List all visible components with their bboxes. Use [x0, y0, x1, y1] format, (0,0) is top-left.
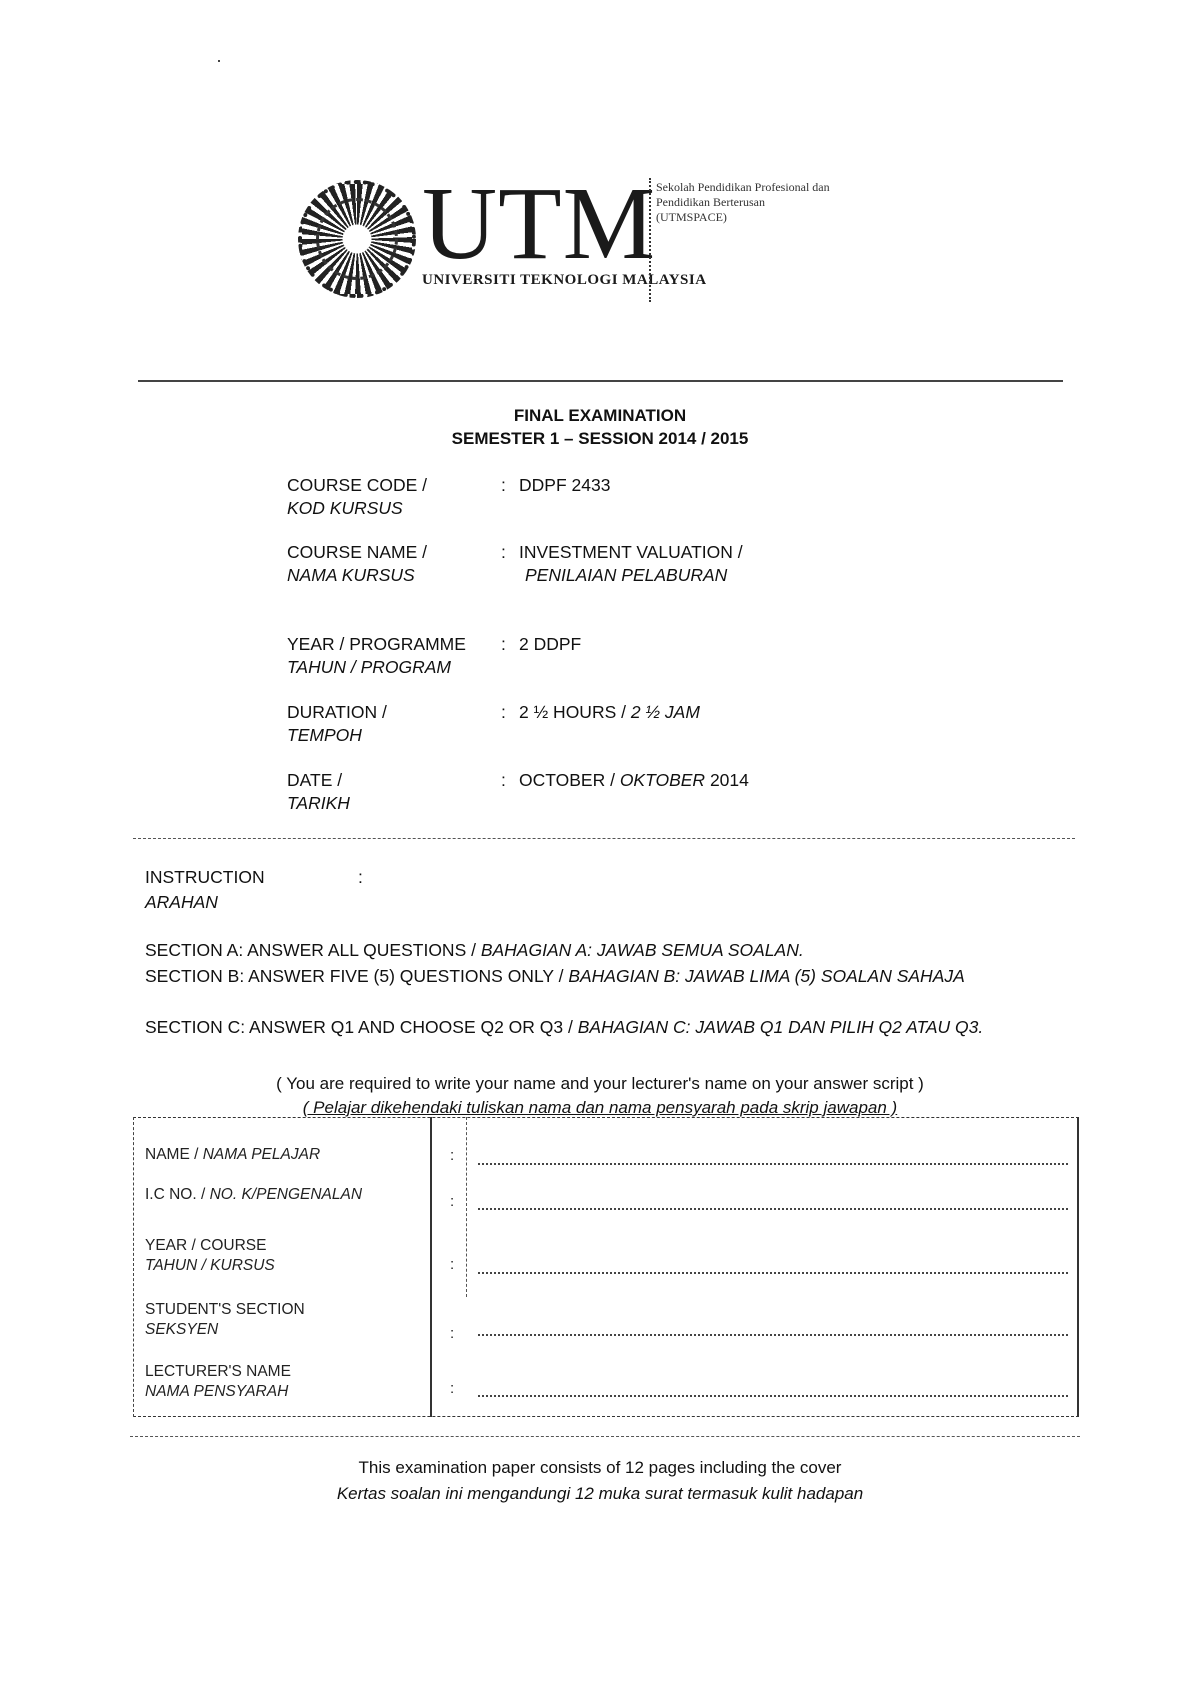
answer-script-note: ( You are required to write your name an… — [0, 1072, 1200, 1096]
section-a-en: SECTION A: ANSWER ALL QUESTIONS / — [145, 940, 481, 960]
name-field-label: NAME / NAMA PELAJAR — [145, 1145, 320, 1165]
date-label-my: TARIKH — [287, 792, 350, 815]
section-divider — [133, 838, 1075, 839]
section-b-my: BAHAGIAN B: JAWAB LIMA (5) SOALAN SAHAJA — [568, 966, 964, 986]
lecturer-label-en: LECTURER'S NAME — [145, 1362, 291, 1382]
school-name-line-3: (UTMSPACE) — [656, 210, 830, 225]
colon: : — [501, 633, 506, 656]
section-input-line[interactable] — [478, 1334, 1068, 1336]
logo-letters: UTM — [422, 172, 656, 276]
form-inner-divider — [466, 1117, 467, 1297]
course-name-value: INVESTMENT VALUATION / — [519, 541, 743, 564]
year-programme-value: 2 DDPF — [519, 633, 581, 656]
duration-value-my: 2 ½ JAM — [631, 702, 700, 722]
date-label: DATE / — [287, 769, 342, 792]
page-count-note-my: Kertas soalan ini mengandungi 12 muka su… — [0, 1482, 1200, 1506]
colon: : — [501, 541, 506, 564]
duration-value-en: 2 ½ HOURS / — [519, 702, 631, 722]
section-c-instruction: SECTION C: ANSWER Q1 AND CHOOSE Q2 OR Q3… — [145, 1014, 1075, 1040]
year-course-label-my: TAHUN / KURSUS — [145, 1256, 275, 1276]
section-label-en: STUDENT'S SECTION — [145, 1300, 305, 1320]
school-name: Sekolah Pendidikan Profesional dan Pendi… — [656, 180, 830, 225]
section-field-label: STUDENT'S SECTION SEKSYEN — [145, 1300, 305, 1340]
name-label-en: NAME / — [145, 1146, 203, 1163]
course-name-label-my: NAMA KURSUS — [287, 564, 415, 587]
exam-title: FINAL EXAMINATION SEMESTER 1 – SESSION 2… — [0, 404, 1200, 450]
date-value-my: OKTOBER — [620, 770, 705, 790]
name-label-my: NAMA PELAJAR — [203, 1146, 320, 1163]
instruction-colon: : — [358, 866, 363, 889]
exam-title-line-1: FINAL EXAMINATION — [0, 404, 1200, 427]
exam-session: SEMESTER 1 – SESSION 2014 / 2015 — [0, 427, 1200, 450]
instruction-label: INSTRUCTION — [145, 866, 265, 889]
form-colon: : — [450, 1256, 454, 1273]
course-name-value-my: PENILAIAN PELABURAN — [525, 564, 727, 587]
footer-divider — [130, 1436, 1080, 1437]
logo-divider — [649, 178, 651, 302]
section-label-my: SEKSYEN — [145, 1320, 305, 1340]
course-code-value: DDPF 2433 — [519, 474, 610, 497]
form-colon: : — [450, 1325, 454, 1342]
duration-value: 2 ½ HOURS / 2 ½ JAM — [519, 701, 700, 724]
section-b-instruction: SECTION B: ANSWER FIVE (5) QUESTIONS ONL… — [145, 963, 1075, 989]
scan-speck — [218, 60, 220, 62]
ic-input-line[interactable] — [478, 1208, 1068, 1210]
form-colon: : — [450, 1193, 454, 1210]
course-code-label-my: KOD KURSUS — [287, 497, 403, 520]
lecturer-input-line[interactable] — [478, 1395, 1068, 1397]
year-programme-label-my: TAHUN / PROGRAM — [287, 656, 451, 679]
duration-label-my: TEMPOH — [287, 724, 362, 747]
header-rule — [138, 380, 1063, 382]
section-a-instruction: SECTION A: ANSWER ALL QUESTIONS / BAHAGI… — [145, 937, 1075, 963]
course-name-label: COURSE NAME / — [287, 541, 427, 564]
school-name-line-1: Sekolah Pendidikan Profesional dan — [656, 180, 830, 195]
date-value: OCTOBER / OKTOBER 2014 — [519, 769, 749, 792]
utm-logo: UTM UNIVERSITI TEKNOLOGI MALAYSIA Sekola… — [298, 172, 858, 302]
university-name: UNIVERSITI TEKNOLOGI MALAYSIA — [422, 272, 707, 289]
lecturer-label-my: NAMA PENSYARAH — [145, 1382, 291, 1402]
ic-field-label: I.C NO. / NO. K/PENGENALAN — [145, 1185, 362, 1205]
year-course-label-en: YEAR / COURSE — [145, 1236, 275, 1256]
name-input-line[interactable] — [478, 1163, 1068, 1165]
section-c-en: SECTION C: ANSWER Q1 AND CHOOSE Q2 OR Q3… — [145, 1017, 578, 1037]
answer-script-note-my: ( Pelajar dikehendaki tuliskan nama dan … — [303, 1098, 897, 1117]
year-programme-label: YEAR / PROGRAMME — [287, 633, 466, 656]
date-value-en: OCTOBER / — [519, 770, 620, 790]
date-year: 2014 — [705, 770, 749, 790]
form-colon: : — [450, 1380, 454, 1397]
form-colon: : — [450, 1147, 454, 1164]
section-a-my: BAHAGIAN A: JAWAB SEMUA SOALAN. — [481, 940, 804, 960]
instruction-label-my: ARAHAN — [145, 891, 218, 914]
course-code-label: COURSE CODE / — [287, 474, 427, 497]
section-b-en: SECTION B: ANSWER FIVE (5) QUESTIONS ONL… — [145, 966, 568, 986]
lecturer-field-label: LECTURER'S NAME NAMA PENSYARAH — [145, 1362, 291, 1402]
university-seal-icon — [298, 180, 416, 298]
page-count-note: This examination paper consists of 12 pa… — [0, 1456, 1200, 1480]
year-course-input-line[interactable] — [478, 1272, 1068, 1274]
colon: : — [501, 769, 506, 792]
section-c-my: BAHAGIAN C: JAWAB Q1 DAN PILIH Q2 ATAU Q… — [578, 1017, 984, 1037]
school-name-line-2: Pendidikan Berterusan — [656, 195, 830, 210]
colon: : — [501, 701, 506, 724]
ic-label-my: NO. K/PENGENALAN — [210, 1186, 362, 1203]
year-course-field-label: YEAR / COURSE TAHUN / KURSUS — [145, 1236, 275, 1276]
colon: : — [501, 474, 506, 497]
form-column-divider — [430, 1117, 432, 1417]
duration-label: DURATION / — [287, 701, 387, 724]
ic-label-en: I.C NO. / — [145, 1186, 210, 1203]
